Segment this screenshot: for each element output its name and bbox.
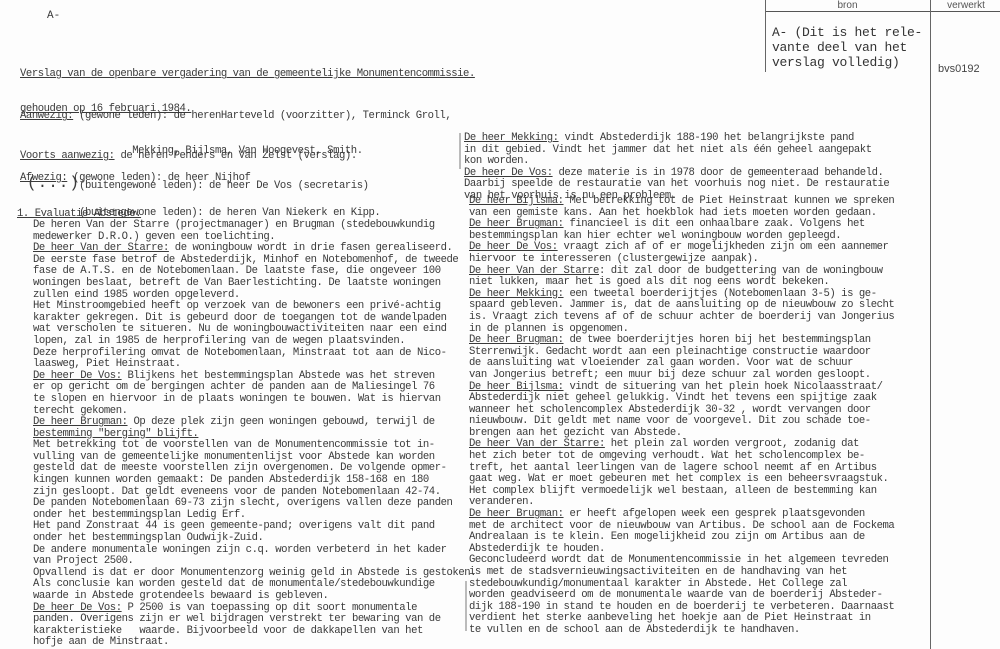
right-column-text-b: De heer Bijlsma: Met betrekking tot de P…	[469, 196, 894, 637]
line-text: karakteristieke waarde. Bijvoorbeeld voo…	[33, 625, 423, 637]
line-text: wanneer het scholencomplex Abstederdijk …	[469, 404, 871, 416]
stamp-column-divider	[930, 0, 931, 649]
bron-header: bron	[765, 0, 930, 11]
text-line: te vullen en de school aan de Abstederdi…	[469, 625, 894, 637]
speaker-label: De heer De Vos:	[33, 602, 122, 614]
line-text: van Project 2500.	[33, 555, 133, 567]
line-text: vindt Abstederdijk 188-190 het belangrij…	[559, 132, 854, 144]
line-text: veranderen.	[469, 496, 534, 508]
speaker-label: De heer Van der Starre:	[33, 242, 169, 254]
text-line: hofje aan de Minstraat.	[33, 637, 476, 649]
line-text: de twee boerderijtjes horen bij het best…	[564, 334, 871, 346]
line-text: met de architect voor de nieuwbouw van A…	[469, 520, 894, 532]
line-text: onder het bestemmingsplan Ledig Erf.	[33, 509, 246, 521]
line-text: Abstederdijk niet geheel gelukkig. Vindt…	[469, 392, 877, 404]
line-text: bestemmingsplan kan hier echter wel woni…	[469, 230, 841, 242]
line-text: nieuwbouw. Dit geldt met name voor de vo…	[469, 415, 871, 427]
line-text: hofje aan de Minstraat.	[33, 636, 169, 648]
line-text: Andrealaan is te klein. Een mogelijkheid…	[469, 531, 865, 543]
line-text: het plein zal worden vergroot, zodanig d…	[605, 438, 859, 450]
speaker-label: De heer De Vos:	[469, 241, 558, 253]
line-text: deze materie is in 1978 door de gemeente…	[553, 167, 884, 179]
line-text: wat verscholen te situeren. Nu de woning…	[33, 323, 447, 335]
present-line-1: (gewone leden): de herenHarteveld (voorz…	[73, 110, 451, 122]
speaker-label: De heer Bijlsma:	[469, 195, 564, 207]
line-text: financieel is dit een onhaalbare zaak. V…	[564, 218, 865, 230]
line-text: de woningbouw wordt in drie fasen gereal…	[169, 242, 453, 254]
left-column-text: De heren Van der Starre (projectmanager)…	[33, 220, 476, 649]
line-text: kingen kunnen worden gemaakt: De panden …	[33, 474, 429, 486]
line-text: een tweetal boerderijtjes (Notebomenlaan…	[564, 288, 877, 300]
line-text: verdient het sterke aanbeveling het hoek…	[469, 612, 871, 624]
line-text: fase de A.T.S. en de Notebomenlaan. De l…	[33, 265, 441, 277]
line-text: Geconcludeerd wordt dat de Monumentencom…	[469, 554, 888, 566]
line-text: De andere monumentale woningen zijn c.q.…	[33, 544, 447, 556]
line-text: Blijkens het bestemmingsplan Abstede was…	[122, 370, 435, 382]
line-text: vulling van de gemeentelijke monumentenl…	[33, 451, 435, 463]
line-text: gaat weg. Wat er moet gebeuren met het c…	[469, 473, 888, 485]
right-column-text-a: De heer Mekking: vindt Abstederdijk 188-…	[464, 133, 889, 203]
line-text: panden. Overigens zijn er wel bijdragen …	[33, 613, 441, 625]
stamp-table-top-rule	[765, 11, 1000, 12]
verwerkt-code: bvs0192	[938, 63, 980, 75]
speaker-label: De heer Mekking:	[464, 132, 559, 144]
speaker-label: De heer Bijlsma:	[469, 381, 564, 393]
speaker-label: De heer De Vos:	[33, 370, 122, 382]
line-text: is. Vraagt zich tevens af of de schuur a…	[469, 311, 894, 323]
line-text: De panden Notebomenlaan 69-73 zijn slech…	[33, 497, 452, 509]
absent-line-1: (gewone leden): de heer Nijhof	[67, 172, 250, 184]
line-text: vraagt zich af of er mogelijkheden zijn …	[558, 241, 889, 253]
line-text: Met betrekking tot de voorstellen van de…	[33, 439, 435, 451]
speaker-label: De heer Mekking:	[469, 288, 564, 300]
margin-mark	[459, 133, 461, 169]
line-text: in dit gebied. Vindt het jammer dat het …	[464, 144, 872, 156]
bron-note: A- (Dit is het rele- vante deel van het …	[772, 25, 922, 70]
speaker-label: De heer De Vos:	[464, 167, 553, 179]
line-text: spaard gebleven. Jammer is, dat de aansl…	[469, 299, 894, 311]
line-text: bestemming "berging" blijft.	[33, 428, 198, 440]
line-text: treft, het aantal leerlingen van de lage…	[469, 462, 877, 474]
line-text: : dit zal door de budgettering van de wo…	[599, 265, 883, 277]
line-text: De heren Van der Starre (projectmanager)…	[33, 219, 435, 231]
line-text: in de plannen is opgenomen.	[469, 323, 629, 335]
line-text: kon worden.	[464, 155, 529, 167]
speaker-label: De heer Brugman:	[469, 218, 564, 230]
line-text: medewerker D.R.O.) geven een toelichting…	[33, 231, 275, 243]
line-text: hiervoor te interesseren (clustergewijze…	[469, 253, 758, 265]
speaker-label: De heer Van der Starre	[469, 265, 599, 277]
line-text: dijk 188-190 in stand te houden en de bo…	[469, 601, 894, 613]
line-text: Op deze plek zijn geen woningen gebouwd,…	[128, 416, 435, 428]
line-text: is met de stadsvernieuwingsactiviteiten …	[469, 566, 847, 578]
line-text: Deze herprofilering omvat de Notebomenla…	[33, 347, 447, 359]
line-text: woningen beslaat, betreft de Van Baerles…	[33, 277, 441, 289]
line-text: vindt de situering van het plein hoek Ni…	[564, 381, 883, 393]
line-text: stedebouwkundig/monumentaal karakter in …	[469, 578, 847, 590]
line-text: Het complex blijft vermoedelijk wel best…	[469, 485, 877, 497]
line-text: zullen eind 1985 worden opgeleverd.	[33, 289, 240, 301]
page-marker: A-	[47, 10, 60, 22]
speaker-label: De heer Brugman:	[33, 416, 128, 428]
title-line-1: Verslag van de openbare vergadering van …	[20, 69, 475, 81]
speaker-label: De heer Brugman:	[469, 334, 564, 346]
verwerkt-header: verwerkt	[932, 0, 1000, 11]
line-text: te vullen en de school aan de Abstederdi…	[469, 624, 800, 636]
speaker-label: De heer Van der Starre:	[469, 438, 605, 450]
line-text: waarde in Abstede grotendeels bewaard is…	[33, 590, 328, 602]
line-text: lopen, zal in 1985 de herprofilering van…	[33, 335, 405, 347]
line-text: terecht gekomen.	[33, 405, 128, 417]
line-text: Als conclusie kan worden gesteld dat de …	[33, 578, 435, 590]
line-text: het zich beter tot de omgeving verhoudt.…	[469, 450, 865, 462]
line-text: er heeft afgelopen week een gesprek plaa…	[564, 508, 865, 520]
line-text: Opvallend is dat er door Monumentenzorg …	[33, 567, 476, 579]
line-text: Sterrenwijk. Gedacht wordt aan een plein…	[469, 346, 871, 358]
omission-ellipsis: (...)	[27, 174, 80, 192]
margin-mark	[465, 581, 467, 631]
line-text: worden geadviseerd om de monumentale waa…	[469, 589, 883, 601]
speaker-label: De heer Brugman:	[469, 508, 564, 520]
line-text: De eerste fase betrof de Abstederdijk, M…	[33, 254, 458, 266]
line-text: van een gemiste kans. Aan het hoekblok h…	[469, 207, 877, 219]
line-text: Het Minstroomgebied heeft op verzoek van…	[33, 300, 441, 312]
line-text: karakter gekregen. Dit is gebeurd door d…	[33, 312, 447, 324]
line-text: zijn gesloopt. Dat geldt eveneens voor d…	[33, 486, 441, 498]
line-text: P 2500 is van toepassing op dit soort mo…	[122, 602, 417, 614]
line-text: Daarbij speelde de restauratie van het v…	[464, 178, 889, 190]
line-text: te slopen en hiervoor in de plaats wonin…	[33, 393, 441, 405]
present-label: Aanwezig:	[20, 110, 73, 122]
line-text: brengen aan het gezicht van Abstede.	[469, 427, 682, 439]
line-text: niet lukken, maar het is goed als dit no…	[469, 276, 829, 288]
line-text: onder het bestemmingsplan Oudwijk-Zuid.	[33, 532, 263, 544]
line-text: gesteld dat de meeste voorstellen zijn o…	[33, 462, 447, 474]
line-text: Met betrekking tot de Piet Heinstraat ku…	[564, 195, 895, 207]
line-text: de aansluiting wat vloeiender zal gaan w…	[469, 357, 853, 369]
line-text: Het pand Zonstraat 44 is geen gemeente-p…	[33, 520, 435, 532]
line-text: laasweg, Piet Heinstraat.	[33, 358, 181, 370]
line-text: er op gericht om de bergingen achter de …	[33, 381, 435, 393]
line-text: Abstederdijk te houden.	[469, 543, 605, 555]
line-text: van Jongerius betreft; een muur bij deze…	[469, 369, 871, 381]
